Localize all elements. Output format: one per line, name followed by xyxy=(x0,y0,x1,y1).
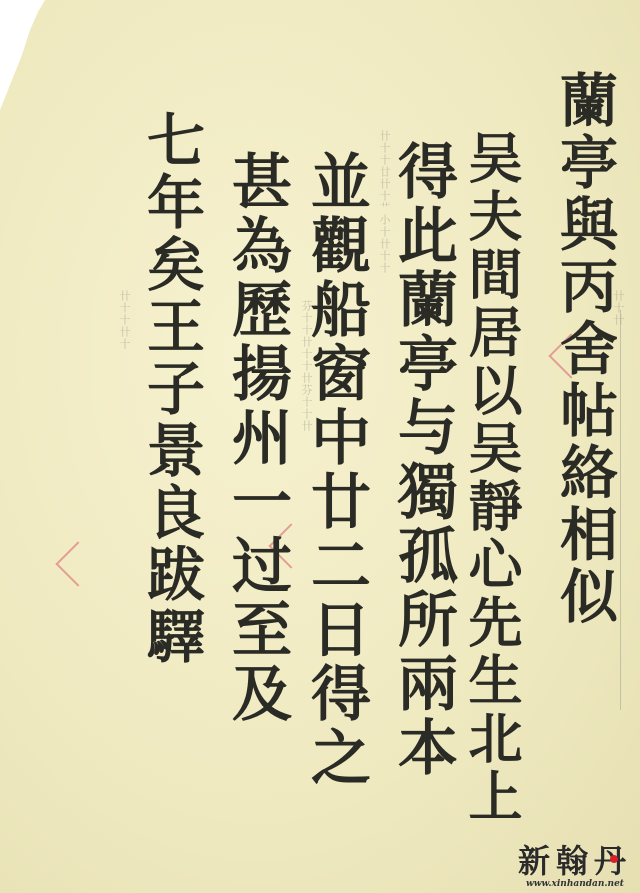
watermark-url: www.xinhandan.net xyxy=(518,879,632,889)
calligraphy-column-5: 甚為歷揚州一过至及 xyxy=(218,150,296,726)
calligraphy-column-2: 吴夫間居以吴靜心先生北上 xyxy=(462,130,522,826)
calligraphy-column-1: 蘭亭與丙舍帖絡相似 xyxy=(552,70,616,628)
site-watermark: 新翰丹 www.xinhandan.net xyxy=(518,843,632,889)
calligraphy-column-4: 並觀船窗中廿二日得之 xyxy=(300,150,372,790)
calligraphy-column-6: 七年矣王子景良跋驛 xyxy=(132,110,210,668)
red-dot-icon xyxy=(610,855,618,863)
pencil-line xyxy=(620,310,621,710)
pencil-annotation: 卄十十卄十 xyxy=(118,290,131,530)
calligraphy-column-3: 得此蘭亭与獨孤所兩本 xyxy=(388,140,458,780)
